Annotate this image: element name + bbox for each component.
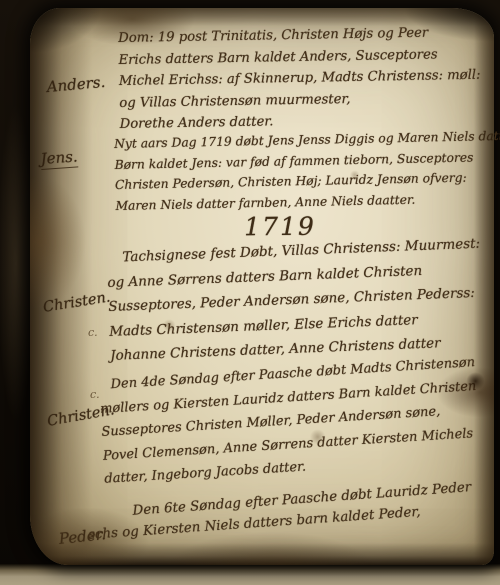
margin-name-anders: Anders. xyxy=(46,73,106,96)
page-content: Anders. Jens. Christen. Christen. Peder.… xyxy=(30,8,494,565)
register-entry-christen: Tachsignese fest Døbt, Villas Christenss… xyxy=(106,232,484,369)
table-surface-strip xyxy=(0,564,500,585)
margin-name-christen: Christen. xyxy=(42,289,111,315)
stray-ink-mark: c. xyxy=(90,388,100,401)
stray-ink-mark: c. xyxy=(88,326,98,339)
margin-name-jens: Jens. xyxy=(40,147,78,170)
manuscript-photo: Anders. Jens. Christen. Christen. Peder.… xyxy=(0,0,500,585)
register-entry-anders: Dom: 19 post Trinitatis, Christen Højs o… xyxy=(118,22,481,136)
register-entry-christen-2: Den 4de Søndag efter Paasche døbt Madts … xyxy=(98,351,481,491)
book-page: Anders. Jens. Christen. Christen. Peder.… xyxy=(30,8,494,565)
register-entry-jens: Nyt aars Dag 1719 døbt Jens Jenss Diggis… xyxy=(114,125,500,216)
